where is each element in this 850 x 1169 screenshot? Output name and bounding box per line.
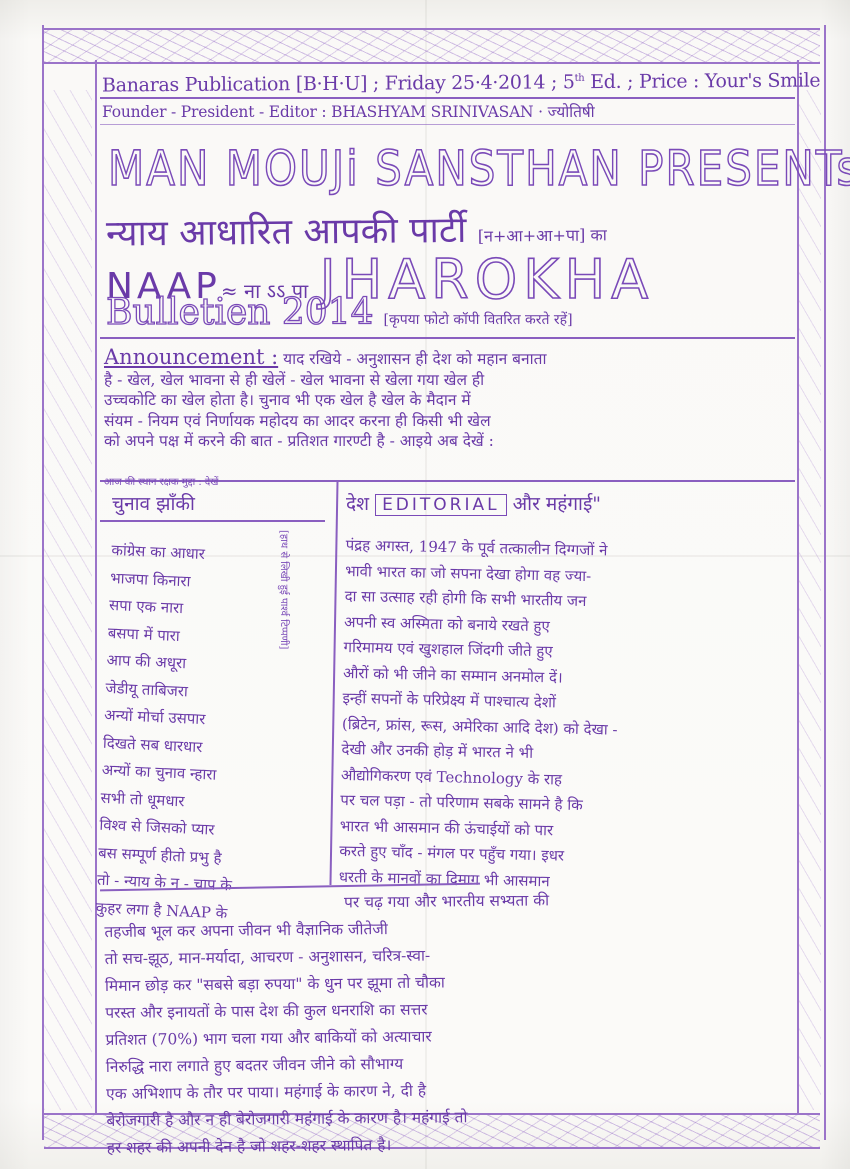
text-line: है - खेल, खेल भावना से ही खेलें - खेल भा… (104, 370, 794, 391)
left-heading-underline (100, 520, 325, 522)
text-line: संयम - नियम एवं निर्णायक महोदय का आदर कर… (104, 411, 794, 432)
text-line: याद रखिये - अनुशासन ही देश को महान बनाता (283, 350, 546, 368)
small-header-note: आज की स्थान रक्षक मुद्दा : देखें (104, 474, 218, 488)
announcement-label: Announcement : (104, 345, 278, 369)
text-fragment: [कृपया फोटो कॉपी वितरित करते रहें] (384, 312, 573, 328)
text-fragment: Banaras Publication [B·H·U] ; Friday 25·… (102, 71, 575, 96)
title-bulletin-line: Bulletien 2014[कृपया फोटो कॉपी वितरित कर… (106, 292, 573, 333)
right-decorative-scribble (797, 90, 821, 1110)
title-underline (100, 337, 795, 339)
announcement-section: Announcement : याद रखिये - अनुशासन ही दे… (104, 347, 794, 452)
editorial-boxed-label: EDITORIAL (375, 494, 507, 516)
masthead-dashed-rule (100, 124, 795, 125)
top-decorative-band (44, 28, 820, 64)
left-decorative-scribble (44, 90, 92, 1110)
masthead-founder-line: Founder - President - Editor : BHASHYAM … (102, 100, 595, 122)
left-column-heading: चुनाव झाँकी (112, 490, 195, 516)
editorial-continuation: पर चढ़ गया और भारतीय सभ्यता की तहजीब भूल… (104, 885, 797, 1162)
title-sansthan-presents: MAN MOUJi SANSTHAN PRESENTs (108, 140, 850, 196)
text-line: Announcement : याद रखिये - अनुशासन ही दे… (104, 347, 794, 370)
text-fragment: Ed. ; Price : Your's Smile (584, 69, 820, 93)
left-column-margin-note: [हाथ से लिखी हुई पार्श्व टिप्पणी] (278, 530, 292, 870)
editorial-heading: देश EDITORIAL और महंगाई" (346, 490, 601, 516)
text-fragment: Bulletien 2014 (106, 292, 374, 333)
text-fragment: [न+आ+आ+पा] का (478, 225, 607, 245)
masthead-underline (100, 97, 795, 99)
text-line: को अपने पक्ष में करने की बात - प्रतिशत ग… (104, 431, 794, 452)
text-line: उच्चकोटि का खेल होता है। चुनाव भी एक खेल… (104, 390, 794, 411)
editorial-body: पंद्रह अगस्त, 1947 के पूर्व तत्कालीन दिग… (339, 533, 786, 899)
